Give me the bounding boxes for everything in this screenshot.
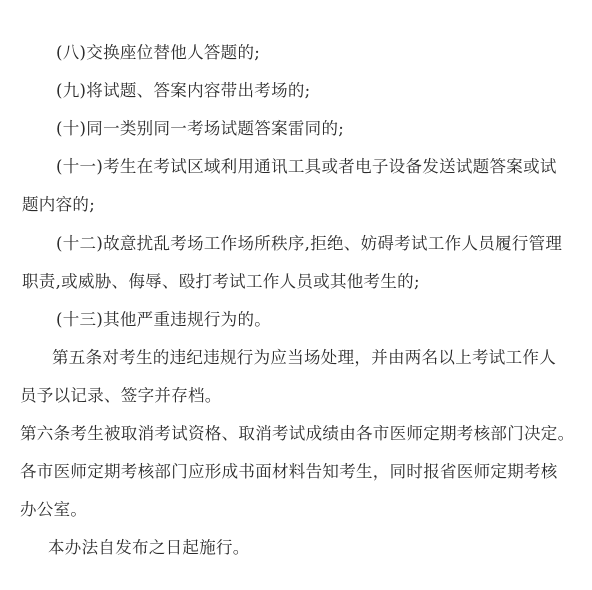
list-item-9: (九)将试题、答案内容带出考场的; [56, 81, 311, 101]
article-6: 第六条考生被取消考试资格、取消考试成绩由各市医师定期考核部门决定。 [20, 424, 574, 444]
list-item-13: (十三)其他严重违规行为的。 [56, 310, 271, 330]
list-item-12: (十二)故意扰乱考场工作场所秩序,拒绝、妨碍考试工作人员履行管理 [56, 234, 562, 254]
article-6-cont2: 办公室。 [20, 500, 87, 520]
article-5: 第五条对考生的违纪违规行为应当场处理，并由两名以上考试工作人 [52, 348, 556, 368]
list-item-8: (八)交换座位替他人答题的; [56, 43, 260, 63]
article-6-cont: 各市医师定期考核部门应形成书面材料告知考生，同时报省医师定期考核 [20, 462, 558, 482]
list-item-11-cont: 题内容的; [22, 195, 95, 215]
list-item-11: (十一)考生在考试区域利用通讯工具或者电子设备发送试题答案或试 [56, 157, 557, 177]
list-item-12-cont: 职责,或威胁、侮辱、殴打考试工作人员或其他考生的; [22, 272, 420, 292]
article-5-cont: 员予以记录、签字并存档。 [20, 386, 222, 406]
list-item-10: (十)同一类别同一考场试题答案雷同的; [56, 119, 344, 139]
effective-clause: 本办法自发布之日起施行。 [48, 538, 250, 558]
